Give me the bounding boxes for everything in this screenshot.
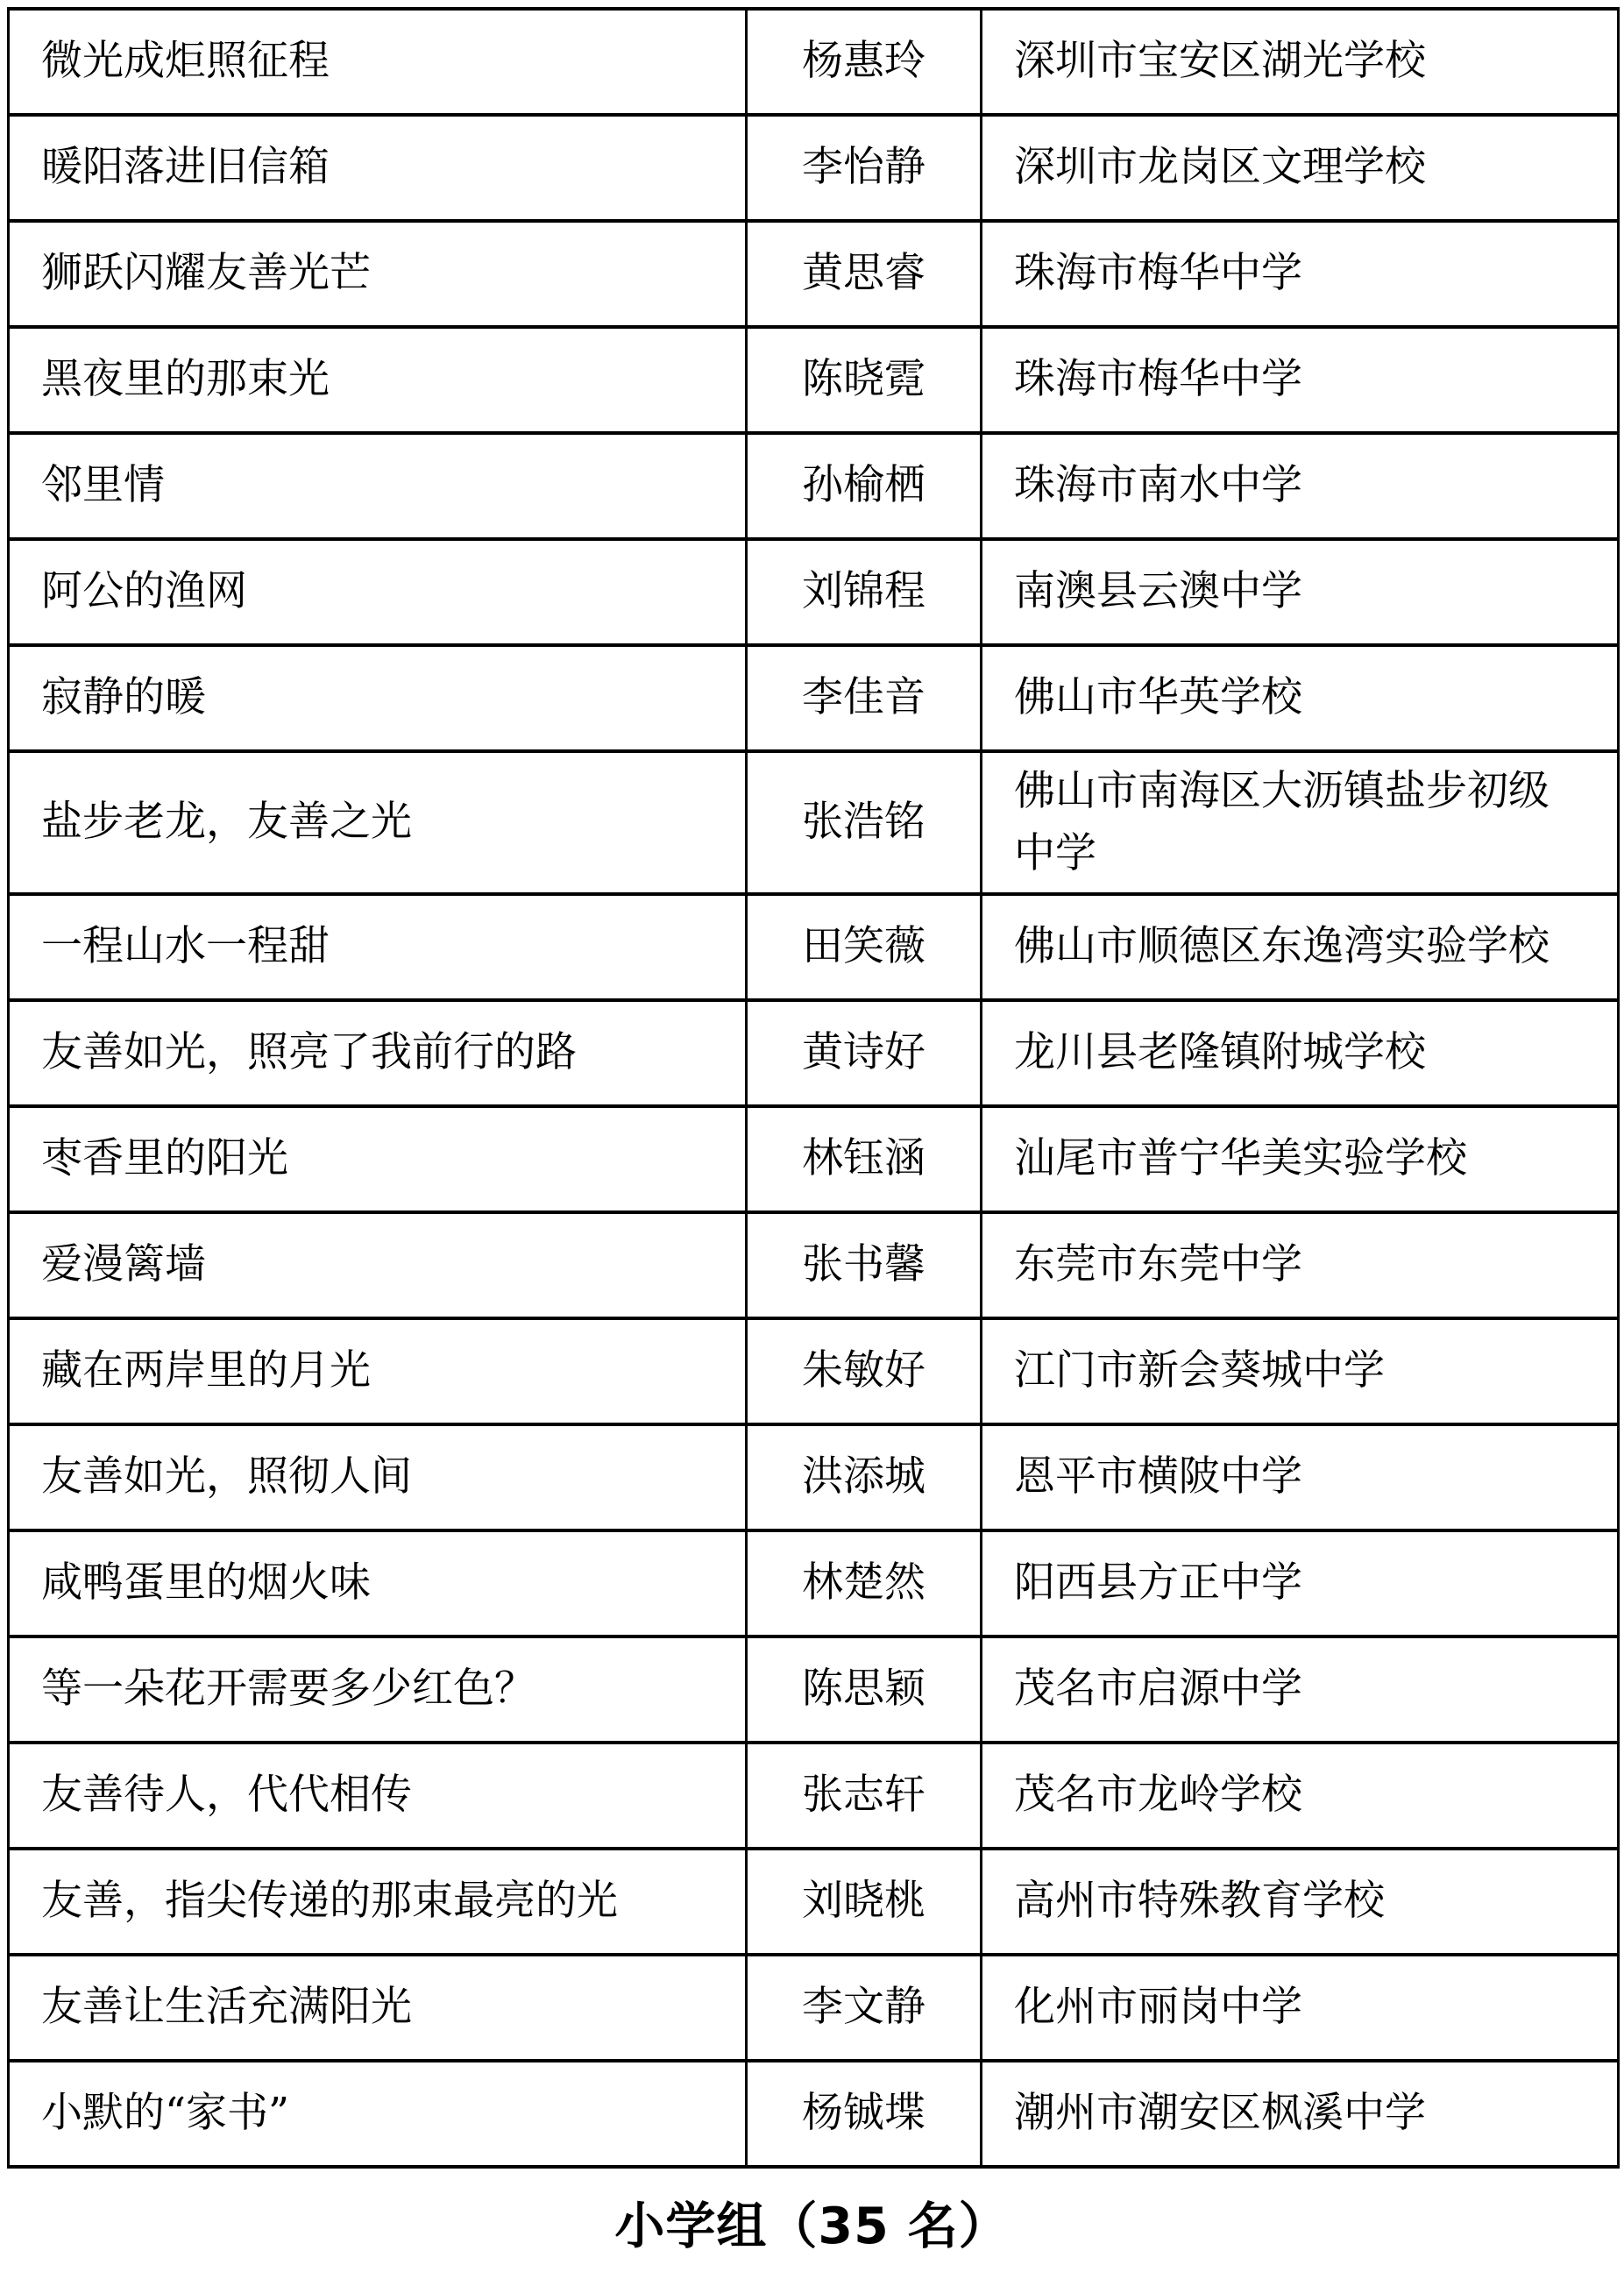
author-cell: 张浩铭 bbox=[747, 751, 982, 894]
school-cell: 珠海市梅华中学 bbox=[982, 327, 1619, 433]
table-row: 微光成炬照征程杨惠玲深圳市宝安区湖光学校 bbox=[9, 9, 1619, 115]
table-row: 黑夜里的那束光陈晓霓珠海市梅华中学 bbox=[9, 327, 1619, 433]
work-title-cell: 枣香里的阳光 bbox=[9, 1106, 747, 1212]
school-cell: 南澳县云澳中学 bbox=[982, 539, 1619, 645]
work-title-cell: 寂静的暖 bbox=[9, 645, 747, 751]
work-title-cell: 狮跃闪耀友善光芒 bbox=[9, 221, 747, 327]
author-cell: 李怡静 bbox=[747, 115, 982, 221]
school-cell: 深圳市龙岗区文理学校 bbox=[982, 115, 1619, 221]
table-row: 盐步老龙，友善之光张浩铭佛山市南海区大沥镇盐步初级 中学 bbox=[9, 751, 1619, 894]
school-cell: 化州市丽岗中学 bbox=[982, 1955, 1619, 2061]
school-cell: 潮州市潮安区枫溪中学 bbox=[982, 2061, 1619, 2167]
work-title-cell: 爱漫篱墙 bbox=[9, 1212, 747, 1318]
author-cell: 张书馨 bbox=[747, 1212, 982, 1318]
table-row: 寂静的暖李佳音佛山市华英学校 bbox=[9, 645, 1619, 751]
table-row: 等一朵花开需要多少红色？陈思颖茂名市启源中学 bbox=[9, 1636, 1619, 1743]
work-title-cell: 友善如光，照亮了我前行的路 bbox=[9, 1000, 747, 1106]
table-row: 小默的“家书”杨铖堞潮州市潮安区枫溪中学 bbox=[9, 2061, 1619, 2167]
table-row: 狮跃闪耀友善光芒黄思睿珠海市梅华中学 bbox=[9, 221, 1619, 327]
school-cell: 阳西县方正中学 bbox=[982, 1530, 1619, 1636]
author-cell: 杨铖堞 bbox=[747, 2061, 982, 2167]
school-cell: 恩平市横陂中学 bbox=[982, 1424, 1619, 1530]
author-cell: 刘晓桃 bbox=[747, 1849, 982, 1955]
work-title-cell: 阿公的渔网 bbox=[9, 539, 747, 645]
school-cell: 珠海市梅华中学 bbox=[982, 221, 1619, 327]
author-cell: 张志轩 bbox=[747, 1743, 982, 1849]
table-row: 一程山水一程甜田笑薇佛山市顺德区东逸湾实验学校 bbox=[9, 894, 1619, 1000]
school-cell: 茂名市龙岭学校 bbox=[982, 1743, 1619, 1849]
work-title-cell: 微光成炬照征程 bbox=[9, 9, 747, 115]
table-row: 爱漫篱墙张书馨东莞市东莞中学 bbox=[9, 1212, 1619, 1318]
table-row: 友善待人，代代相传张志轩茂名市龙岭学校 bbox=[9, 1743, 1619, 1849]
work-title-cell: 小默的“家书” bbox=[9, 2061, 747, 2167]
author-cell: 黄诗好 bbox=[747, 1000, 982, 1106]
table-row: 友善如光，照彻人间洪添城恩平市横陂中学 bbox=[9, 1424, 1619, 1530]
group-heading: 小学组（35 名） bbox=[0, 2186, 1624, 2258]
author-cell: 李佳音 bbox=[747, 645, 982, 751]
work-title-cell: 友善如光，照彻人间 bbox=[9, 1424, 747, 1530]
school-cell: 佛山市顺德区东逸湾实验学校 bbox=[982, 894, 1619, 1000]
work-title-cell: 黑夜里的那束光 bbox=[9, 327, 747, 433]
author-cell: 林钰涵 bbox=[747, 1106, 982, 1212]
work-title-cell: 等一朵花开需要多少红色？ bbox=[9, 1636, 747, 1743]
work-title-cell: 咸鸭蛋里的烟火味 bbox=[9, 1530, 747, 1636]
awards-table: 微光成炬照征程杨惠玲深圳市宝安区湖光学校暖阳落进旧信箱李怡静深圳市龙岗区文理学校… bbox=[7, 7, 1620, 2169]
table-row: 友善，指尖传递的那束最亮的光刘晓桃高州市特殊教育学校 bbox=[9, 1849, 1619, 1955]
school-cell: 深圳市宝安区湖光学校 bbox=[982, 9, 1619, 115]
table-row: 友善让生活充满阳光李文静化州市丽岗中学 bbox=[9, 1955, 1619, 2061]
school-cell: 龙川县老隆镇附城学校 bbox=[982, 1000, 1619, 1106]
work-title-cell: 暖阳落进旧信箱 bbox=[9, 115, 747, 221]
school-cell: 佛山市南海区大沥镇盐步初级 中学 bbox=[982, 751, 1619, 894]
awards-table-body: 微光成炬照征程杨惠玲深圳市宝安区湖光学校暖阳落进旧信箱李怡静深圳市龙岗区文理学校… bbox=[9, 9, 1619, 2167]
author-cell: 朱敏好 bbox=[747, 1318, 982, 1424]
author-cell: 李文静 bbox=[747, 1955, 982, 2061]
work-title-cell: 一程山水一程甜 bbox=[9, 894, 747, 1000]
work-title-cell: 友善待人，代代相传 bbox=[9, 1743, 747, 1849]
author-cell: 洪添城 bbox=[747, 1424, 982, 1530]
school-cell: 佛山市华英学校 bbox=[982, 645, 1619, 751]
school-cell: 汕尾市普宁华美实验学校 bbox=[982, 1106, 1619, 1212]
work-title-cell: 友善，指尖传递的那束最亮的光 bbox=[9, 1849, 747, 1955]
work-title-cell: 盐步老龙，友善之光 bbox=[9, 751, 747, 894]
work-title-cell: 友善让生活充满阳光 bbox=[9, 1955, 747, 2061]
table-row: 咸鸭蛋里的烟火味林楚然阳西县方正中学 bbox=[9, 1530, 1619, 1636]
author-cell: 黄思睿 bbox=[747, 221, 982, 327]
author-cell: 杨惠玲 bbox=[747, 9, 982, 115]
work-title-cell: 藏在两岸里的月光 bbox=[9, 1318, 747, 1424]
school-cell: 高州市特殊教育学校 bbox=[982, 1849, 1619, 1955]
table-row: 阿公的渔网刘锦程南澳县云澳中学 bbox=[9, 539, 1619, 645]
table-row: 友善如光，照亮了我前行的路黄诗好龙川县老隆镇附城学校 bbox=[9, 1000, 1619, 1106]
author-cell: 陈晓霓 bbox=[747, 327, 982, 433]
table-row: 邻里情孙榆栖珠海市南水中学 bbox=[9, 433, 1619, 539]
author-cell: 林楚然 bbox=[747, 1530, 982, 1636]
author-cell: 陈思颖 bbox=[747, 1636, 982, 1743]
school-cell: 江门市新会葵城中学 bbox=[982, 1318, 1619, 1424]
school-cell: 茂名市启源中学 bbox=[982, 1636, 1619, 1743]
school-cell: 珠海市南水中学 bbox=[982, 433, 1619, 539]
work-title-cell: 邻里情 bbox=[9, 433, 747, 539]
table-row: 枣香里的阳光林钰涵汕尾市普宁华美实验学校 bbox=[9, 1106, 1619, 1212]
author-cell: 刘锦程 bbox=[747, 539, 982, 645]
author-cell: 孙榆栖 bbox=[747, 433, 982, 539]
table-row: 藏在两岸里的月光朱敏好江门市新会葵城中学 bbox=[9, 1318, 1619, 1424]
school-cell: 东莞市东莞中学 bbox=[982, 1212, 1619, 1318]
author-cell: 田笑薇 bbox=[747, 894, 982, 1000]
table-row: 暖阳落进旧信箱李怡静深圳市龙岗区文理学校 bbox=[9, 115, 1619, 221]
